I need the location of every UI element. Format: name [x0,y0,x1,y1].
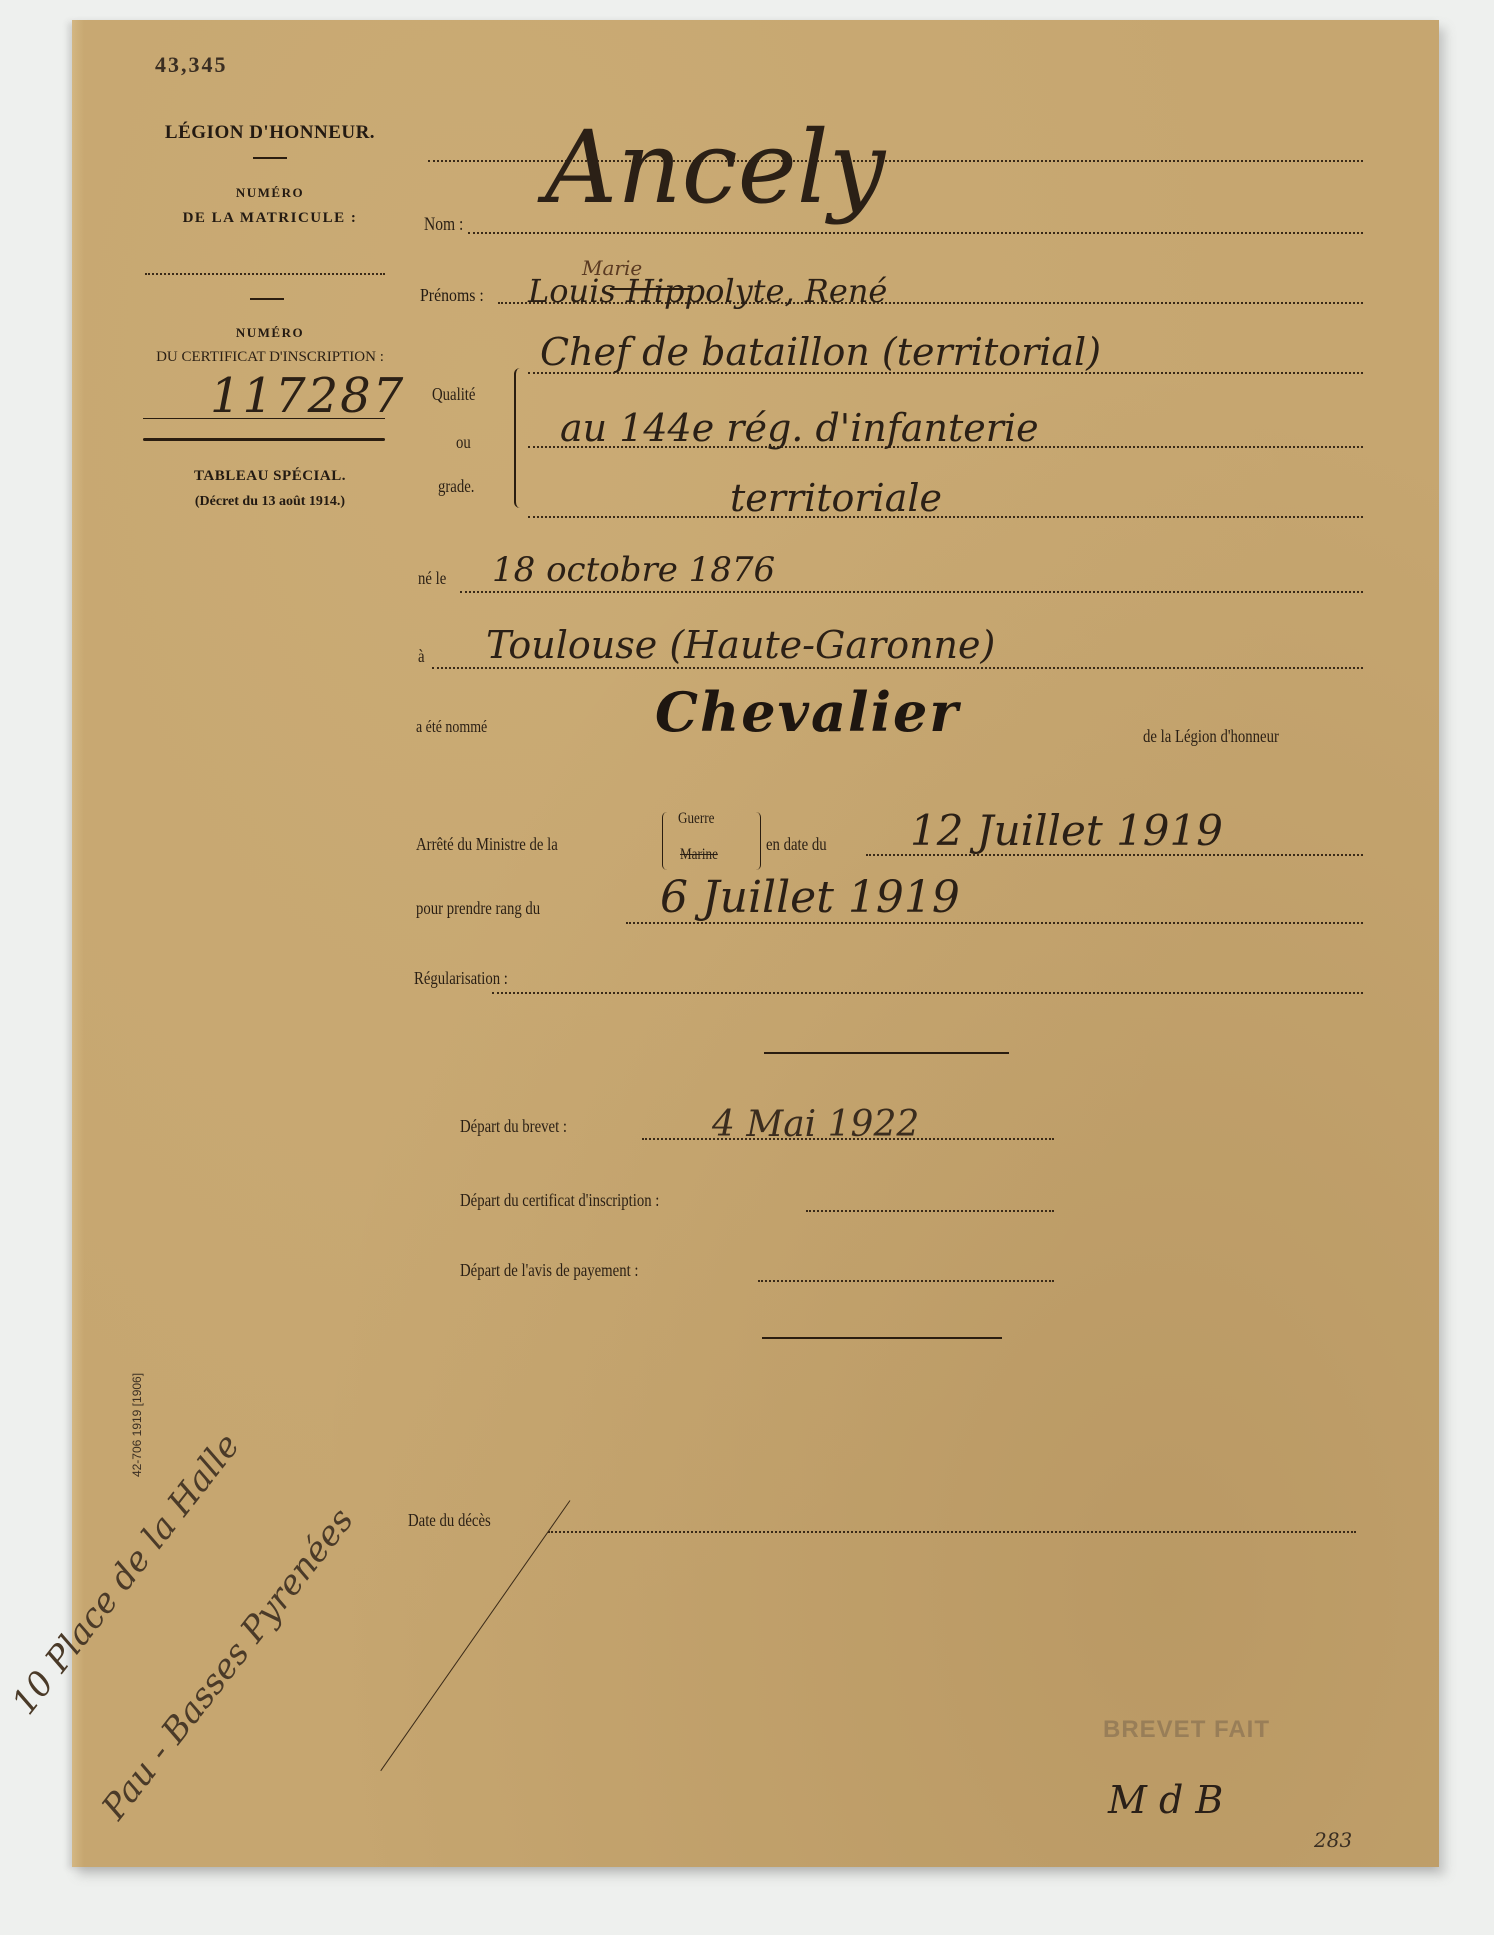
page-number: 283 [1314,1828,1352,1852]
lieu-label: à [418,646,425,667]
depart-avis-field-line[interactable] [758,1280,1054,1282]
certificat-label-1: NUMÉRO [140,325,400,341]
qualite-value-2: au 144e rég. d'infanterie [560,406,1039,450]
prenoms-label: Prénoms : [420,285,484,306]
qualite-value-1: Chef de bataillon (territorial) [540,330,1101,374]
brevet-fait-stamp: BREVET FAIT [1103,1716,1270,1744]
ministere-option-guerre[interactable]: Guerre [678,810,714,828]
rang-value: 6 Juillet 1919 [660,872,960,923]
nomme-label: a été nommé [416,717,487,737]
qualite-line-3[interactable] [528,516,1363,518]
decret-label: (Décret du 13 août 1914.) [140,494,400,510]
depart-certificat-label: Départ du certificat d'inscription : [460,1190,659,1211]
nomme-grade: Chevalier [655,680,960,744]
depart-brevet-label: Départ du brevet : [460,1116,567,1137]
initials: M d B [1108,1778,1223,1822]
qualite-label-3: grade. [438,476,474,497]
matricule-field-line[interactable] [145,273,385,275]
regularisation-field-line[interactable] [492,992,1363,994]
section-separator-1 [764,1052,1009,1054]
nom-value: Ancely [545,118,885,218]
qualite-label-2: ou [456,432,471,453]
matricule-label-2: DE LA MATRICULE : [140,210,400,227]
qualite-label-1: Qualité [432,384,475,405]
prenoms-strikethrough [610,288,690,290]
depart-brevet-value: 4 Mai 1922 [712,1104,919,1145]
serial-number: 43,345 [155,52,228,78]
certificat-value: 117287 [210,368,405,424]
certificat-field-line[interactable] [143,418,385,419]
qualite-brace [514,368,524,508]
tableau-special-label: TABLEAU SPÉCIAL. [140,468,400,485]
certificat-label-2: DU CERTIFICAT D'INSCRIPTION : [130,349,410,366]
date-deces-label: Date du décès [408,1510,491,1531]
matricule-label-1: NUMÉRO [140,185,400,201]
lieu-field-line[interactable] [432,667,1363,669]
depart-certificat-field-line[interactable] [806,1210,1054,1212]
matricule-rule [250,298,284,300]
arrete-brace-left [662,812,669,870]
nomme-suffix: de la Légion d'honneur [1143,726,1279,747]
arrete-date-value: 12 Juillet 1919 [910,806,1223,855]
date-deces-field-line[interactable] [548,1531,1356,1533]
qualite-value-3: territoriale [730,476,942,520]
certificat-double-rule [143,438,385,441]
nom-label: Nom : [424,214,463,236]
legion-honneur-title: LÉGION D'HONNEUR. [140,122,400,144]
ne-le-label: né le [418,568,446,589]
ne-le-field-line[interactable] [460,591,1363,593]
nom-field-line[interactable] [468,232,1363,234]
regularisation-label: Régularisation : [414,968,508,989]
ne-le-value: 18 octobre 1876 [492,550,775,590]
arrete-brace-right [754,812,761,870]
printer-mark: 42-706 1919 [1906] [130,1350,144,1500]
ministere-option-marine[interactable]: Marine [680,846,718,864]
section-separator-2 [762,1337,1002,1339]
rang-label: pour prendre rang du [416,898,540,919]
depart-avis-label: Départ de l'avis de payement : [460,1260,638,1281]
arrete-label: Arrêté du Ministre de la [416,834,558,855]
title-rule [253,157,287,159]
prenoms-value: Louis Hippolyte, René [528,272,887,310]
lieu-value: Toulouse (Haute-Garonne) [486,623,995,667]
arrete-date-label: en date du [766,834,827,855]
